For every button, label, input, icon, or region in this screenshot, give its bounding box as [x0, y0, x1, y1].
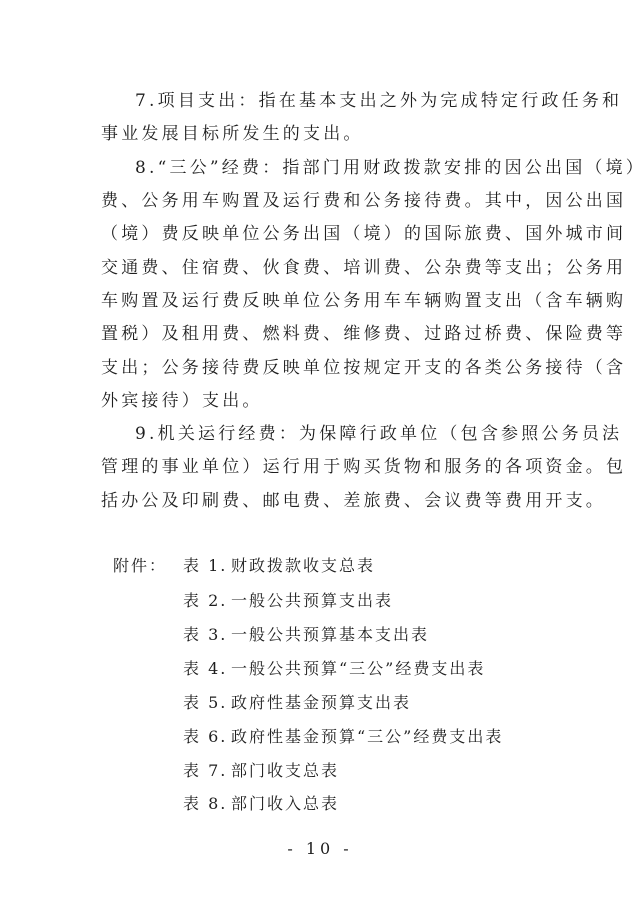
paragraph-line: 9.机关运行经费：为保障行政单位（包含参照公务员法: [135, 422, 622, 446]
paragraph-line: 事业发展目标所发生的支出。: [101, 122, 364, 146]
paragraph-line: （境）费反映单位公务出国（境）的国际旅费、国外城市间: [101, 222, 626, 246]
paragraph-line: 支出；公务接待费反映单位按规定开支的各类公务接待（含: [101, 356, 626, 380]
attachment-item: 表 7.部门收支总表: [183, 759, 339, 783]
attachment-number: 表 7.: [183, 759, 231, 783]
attachment-title: 财政拨款收支总表: [231, 556, 375, 575]
attachment-number: 表 6.: [183, 725, 231, 749]
paragraph-line: 置税）及租用费、燃料费、维修费、过路过桥费、保险费等: [101, 322, 626, 346]
attachment-title: 一般公共预算支出表: [231, 591, 393, 610]
attachment-title: 政府性基金预算支出表: [231, 693, 411, 712]
attachment-item: 表 1.财政拨款收支总表: [183, 554, 375, 578]
attachment-number: 表 2.: [183, 589, 231, 613]
attachment-item: 表 8.部门收入总表: [183, 792, 339, 816]
attachment-title: 政府性基金预算“三公”经费支出表: [231, 727, 503, 746]
attachment-number: 表 1.: [183, 554, 231, 578]
paragraph-line: 管理的事业单位）运行用于购买货物和服务的各项资金。包: [101, 455, 626, 479]
paragraph-line: 交通费、住宿费、伙食费、培训费、公杂费等支出；公务用: [101, 256, 626, 280]
document-page: 7.项目支出：指在基本支出之外为完成特定行政任务和 事业发展目标所发生的支出。 …: [0, 0, 640, 905]
attachment-number: 表 3.: [183, 623, 231, 647]
attachment-item: 表 6.政府性基金预算“三公”经费支出表: [183, 725, 503, 749]
paragraph-line: 外宾接待）支出。: [101, 389, 263, 413]
attachment-title: 一般公共预算“三公”经费支出表: [231, 659, 485, 678]
paragraph-line: 车购置及运行费反映单位公务用车车辆购置支出（含车辆购: [101, 289, 626, 313]
paragraph-line: 8.“三公”经费：指部门用财政拨款安排的因公出国（境）: [135, 156, 640, 180]
attachment-number: 表 4.: [183, 657, 231, 681]
attachments-label: 附件：: [113, 554, 167, 578]
attachment-item: 表 5.政府性基金预算支出表: [183, 691, 411, 715]
attachment-title: 部门收支总表: [231, 761, 339, 780]
attachment-item: 表 4.一般公共预算“三公”经费支出表: [183, 657, 485, 681]
paragraph-line: 括办公及印刷费、邮电费、差旅费、会议费等费用开支。: [101, 489, 606, 513]
attachment-number: 表 5.: [183, 691, 231, 715]
attachment-number: 表 8.: [183, 792, 231, 816]
attachment-title: 一般公共预算基本支出表: [231, 625, 429, 644]
paragraph-line: 7.项目支出：指在基本支出之外为完成特定行政任务和: [135, 89, 622, 113]
attachment-item: 表 2.一般公共预算支出表: [183, 589, 393, 613]
attachment-title: 部门收入总表: [231, 794, 339, 813]
page-number: - 10 -: [0, 839, 640, 859]
attachment-item: 表 3.一般公共预算基本支出表: [183, 623, 429, 647]
paragraph-line: 费、公务用车购置及运行费和公务接待费。其中，因公出国: [101, 189, 626, 213]
